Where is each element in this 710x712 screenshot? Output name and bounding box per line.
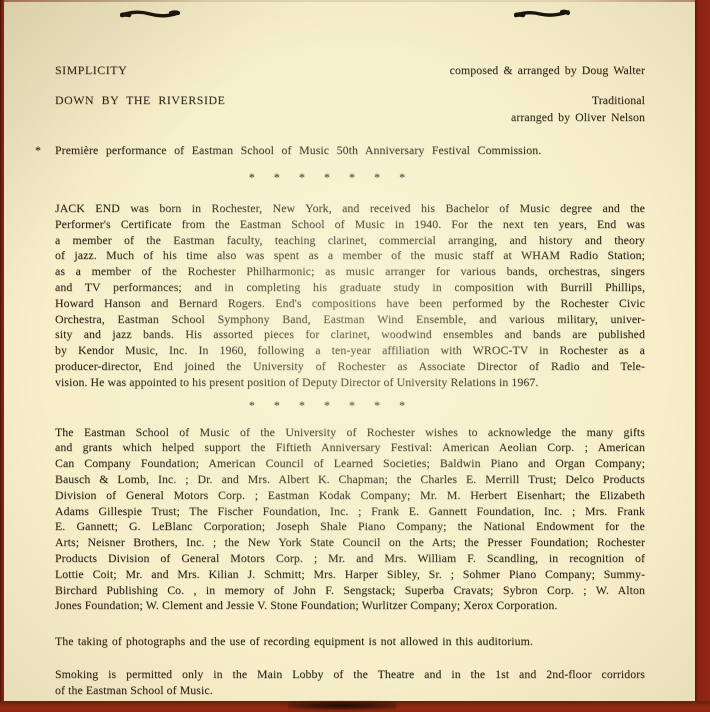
bio-line: Howard Hanson and Bernard Rogers. End's … [55, 296, 645, 312]
bio-line: sity and jazz bands. His assorted pieces… [55, 327, 645, 343]
bio-line: vision. He was appointed to his present … [55, 375, 645, 391]
bio-line: producer-director, End joined the Univer… [55, 359, 645, 375]
acknowledgment-line: Lottie Coit; Mr. and Mrs. Kilian J. Schm… [55, 567, 645, 583]
acknowledgment-line: Jones Foundation; W. Clement and Jessie … [55, 598, 645, 614]
premiere-asterisk: * [35, 142, 41, 158]
program-page: SIMPLICITY composed & arranged by Doug W… [0, 0, 710, 712]
smoking-notice-line: of the Eastman School of Music. [55, 682, 645, 699]
bio-line: and TV performances; and in completing h… [55, 280, 645, 296]
bio-line: JACK END was born in Rochester, New York… [55, 201, 645, 217]
asterisk-separator: * * * * * * * [55, 169, 645, 185]
page-edge-top [0, 0, 710, 2]
bio-line: Orchestra, Eastman School Symphony Band,… [55, 312, 645, 328]
acknowledgment-line: E. Gannett; G. LeBlanc Corporation; Jose… [55, 519, 645, 535]
work-title: SIMPLICITY [55, 62, 127, 78]
work-credit: Traditional [592, 92, 645, 109]
asterisk-separator: * * * * * * * [55, 397, 645, 413]
staple-mark-icon [514, 7, 572, 21]
acknowledgment-line: The Eastman School of Music of the Unive… [55, 425, 645, 441]
smoking-notice: Smoking is permitted only in the Main Lo… [55, 666, 645, 699]
page-edge-left [0, 0, 4, 712]
bio-line: a member of the Eastman faculty, teachin… [55, 233, 645, 249]
work-credit: arranged by Oliver Nelson [511, 109, 645, 126]
premiere-note: * Première performance of Eastman School… [55, 142, 645, 158]
acknowledgment-line: Arts; Neisner Brothers, Inc. ; the New Y… [55, 535, 645, 551]
ink-smudge [288, 701, 396, 710]
page-edge-right [695, 0, 710, 712]
bio-line: Performer's Certificate from the Eastman… [55, 217, 645, 233]
acknowledgments: The Eastman School of Music of the Unive… [55, 425, 645, 615]
acknowledgment-line: Birchard Publishing Co. , in memory of J… [55, 583, 645, 599]
page-content: SIMPLICITY composed & arranged by Doug W… [0, 62, 710, 699]
work-entry: SIMPLICITY composed & arranged by Doug W… [55, 62, 645, 78]
acknowledgment-line: Division of General Motors Corp. ; Eastm… [55, 488, 645, 504]
acknowledgment-line: Can Company Foundation; American Council… [55, 456, 645, 472]
acknowledgment-line: Bausch & Lomb, Inc. ; Dr. and Mrs. Alber… [55, 472, 645, 488]
bio-line: of jazz. Much of his time also was spent… [55, 248, 645, 264]
premiere-note-text: Première performance of Eastman School o… [55, 143, 541, 157]
smoking-notice-line: Smoking is permitted only in the Main Lo… [55, 666, 645, 683]
acknowledgment-line: Products Division of General Motors Corp… [55, 551, 645, 567]
jack-end-bio: JACK END was born in Rochester, New York… [55, 201, 645, 391]
acknowledgment-line: Adams Gillespie Trust; The Fischer Found… [55, 504, 645, 520]
bio-line: as a member of the Rochester Philharmoni… [55, 264, 645, 280]
work-credits: Traditional arranged by Oliver Nelson [511, 92, 645, 125]
bio-line: by Kendor Music, Inc. In 1960, following… [55, 343, 645, 359]
work-title: DOWN BY THE RIVERSIDE [55, 92, 225, 108]
work-entry: DOWN BY THE RIVERSIDE Traditional arrang… [55, 92, 645, 125]
staple-mark-icon [120, 7, 182, 21]
work-credit: composed & arranged by Doug Walter [450, 62, 645, 78]
photography-notice: The taking of photographs and the use of… [55, 634, 645, 650]
acknowledgment-line: and grants which helped support the Fift… [55, 440, 645, 456]
